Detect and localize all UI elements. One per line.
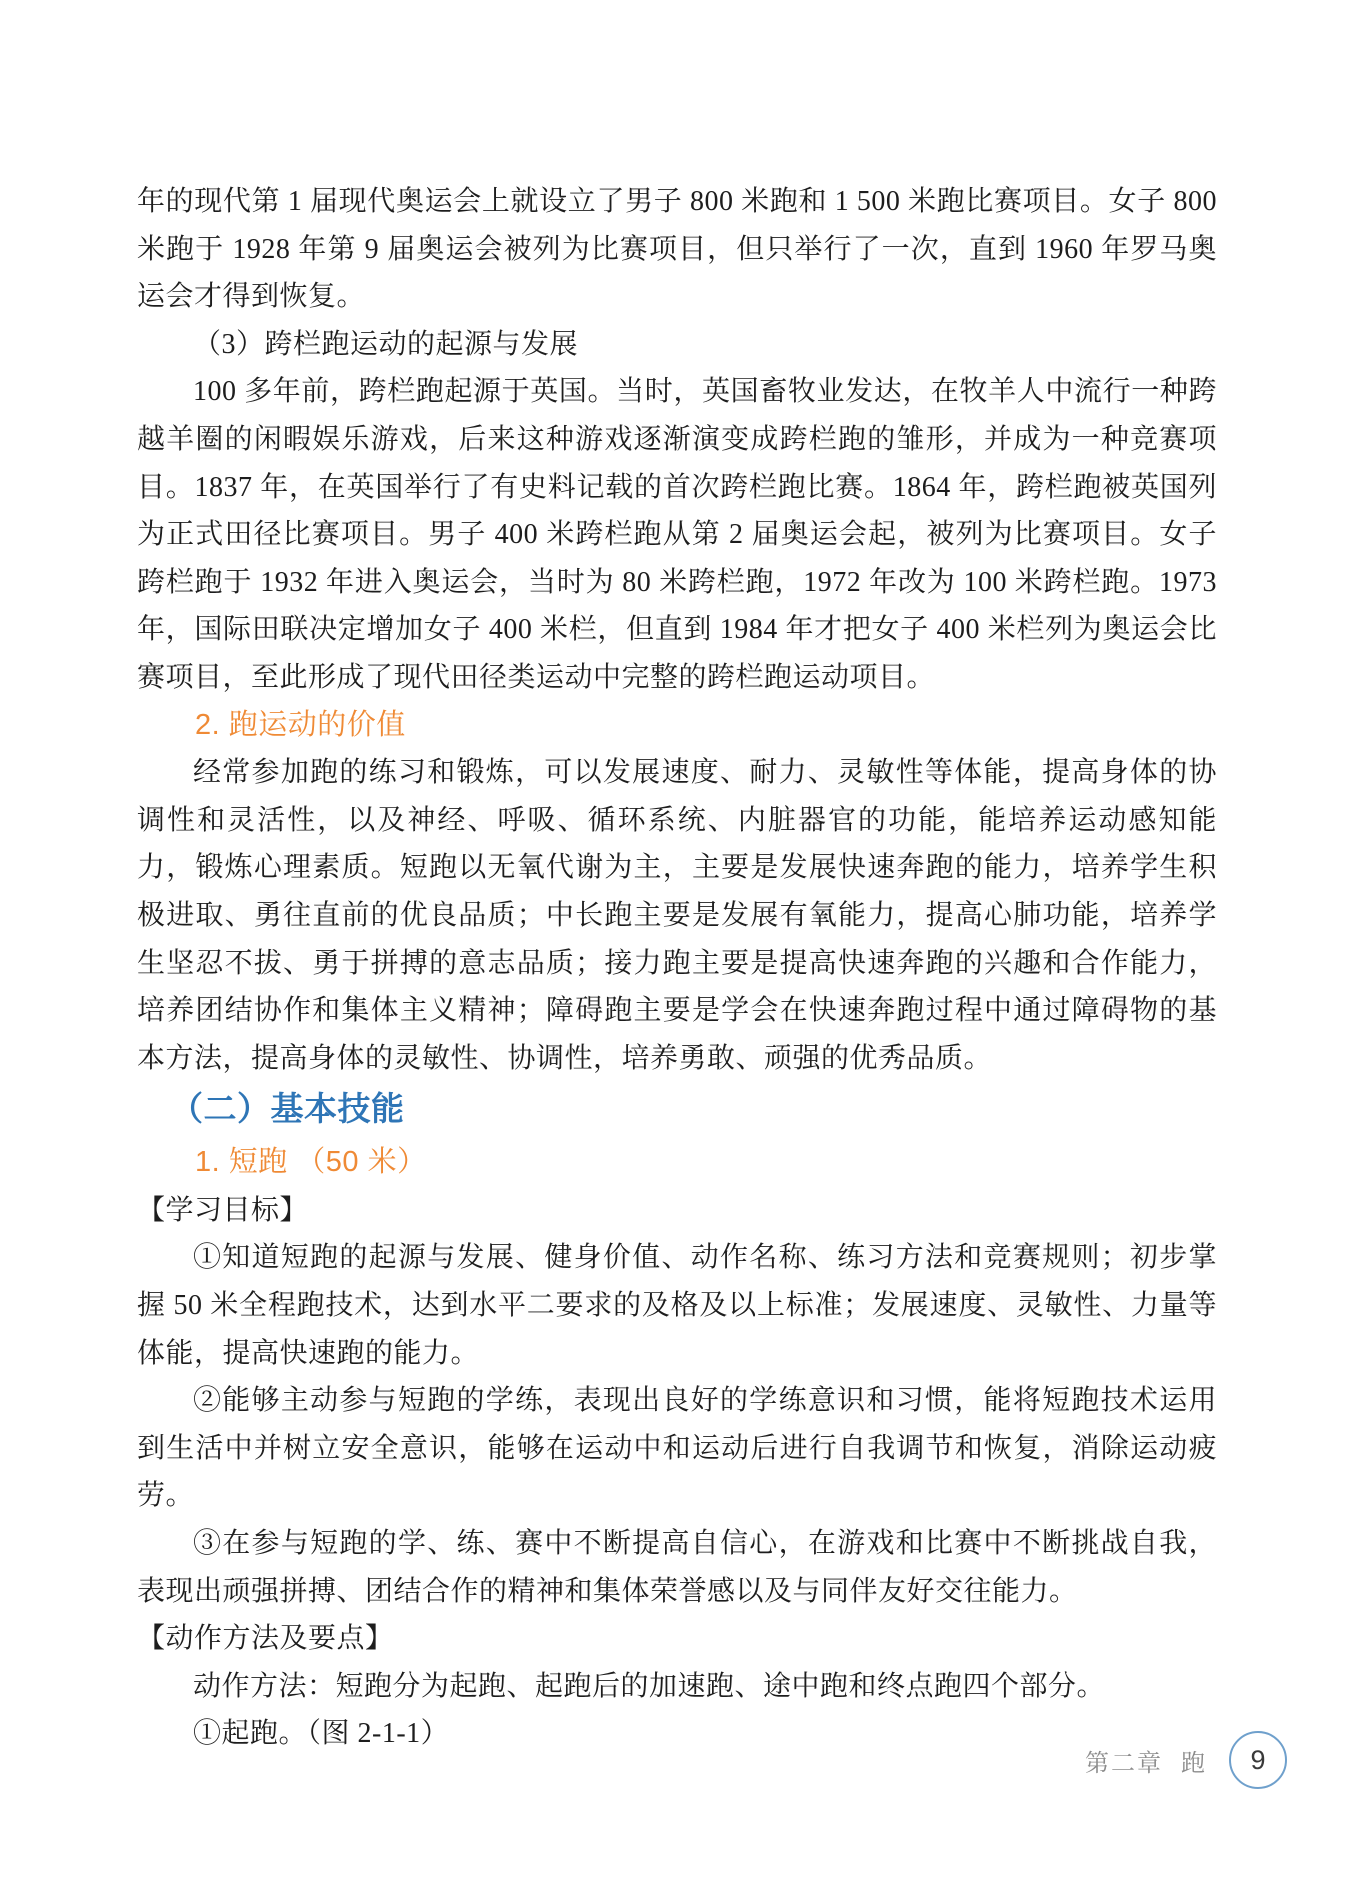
heading-running-value: 2. 跑运动的价值	[137, 702, 1217, 750]
paragraph-method: 动作方法：短跑分为起跑、起跑后的加速跑、途中跑和终点跑四个部分。	[137, 1663, 1217, 1711]
paragraph-hurdle-history: 100 多年前，跨栏跑起源于英国。当时，英国畜牧业发达，在牧羊人中流行一种跨越羊…	[137, 368, 1217, 701]
subheading-hurdle-origin: （3）跨栏跑运动的起源与发展	[137, 321, 1217, 369]
paragraph-goal-1: ①知道短跑的起源与发展、健身价值、动作名称、练习方法和竞赛规则；初步掌握 50 …	[137, 1234, 1217, 1377]
heading-sprint-50m: 1. 短跑 （50 米）	[137, 1139, 1217, 1187]
chapter-number: 第二章	[1085, 1743, 1163, 1778]
paragraph-continuation: 年的现代第 1 届现代奥运会上就设立了男子 800 米跑和 1 500 米跑比赛…	[137, 178, 1217, 321]
page-footer: 第二章 跑 9	[1085, 1731, 1287, 1789]
page-content: 年的现代第 1 届现代奥运会上就设立了男子 800 米跑和 1 500 米跑比赛…	[137, 178, 1217, 1758]
heading-learning-goals: 【学习目标】	[137, 1187, 1217, 1235]
paragraph-goal-2: ②能够主动参与短跑的学练，表现出良好的学练意识和习惯，能将短跑技术运用到生活中并…	[137, 1377, 1217, 1520]
heading-method-points: 【动作方法及要点】	[137, 1615, 1217, 1663]
textbook-page: 年的现代第 1 届现代奥运会上就设立了男子 800 米跑和 1 500 米跑比赛…	[0, 0, 1353, 1884]
page-number-badge: 9	[1229, 1731, 1287, 1789]
paragraph-start-figure: ①起跑。（图 2-1-1）	[137, 1710, 1217, 1758]
chapter-label: 第二章 跑	[1085, 1743, 1207, 1778]
page-number: 9	[1250, 1745, 1265, 1776]
heading-basic-skills: （二）基本技能	[137, 1082, 1217, 1139]
chapter-title: 跑	[1181, 1743, 1207, 1778]
paragraph-running-value: 经常参加跑的练习和锻炼，可以发展速度、耐力、灵敏性等体能，提高身体的协调性和灵活…	[137, 749, 1217, 1082]
paragraph-goal-3: ③在参与短跑的学、练、赛中不断提高自信心，在游戏和比赛中不断挑战自我，表现出顽强…	[137, 1520, 1217, 1615]
